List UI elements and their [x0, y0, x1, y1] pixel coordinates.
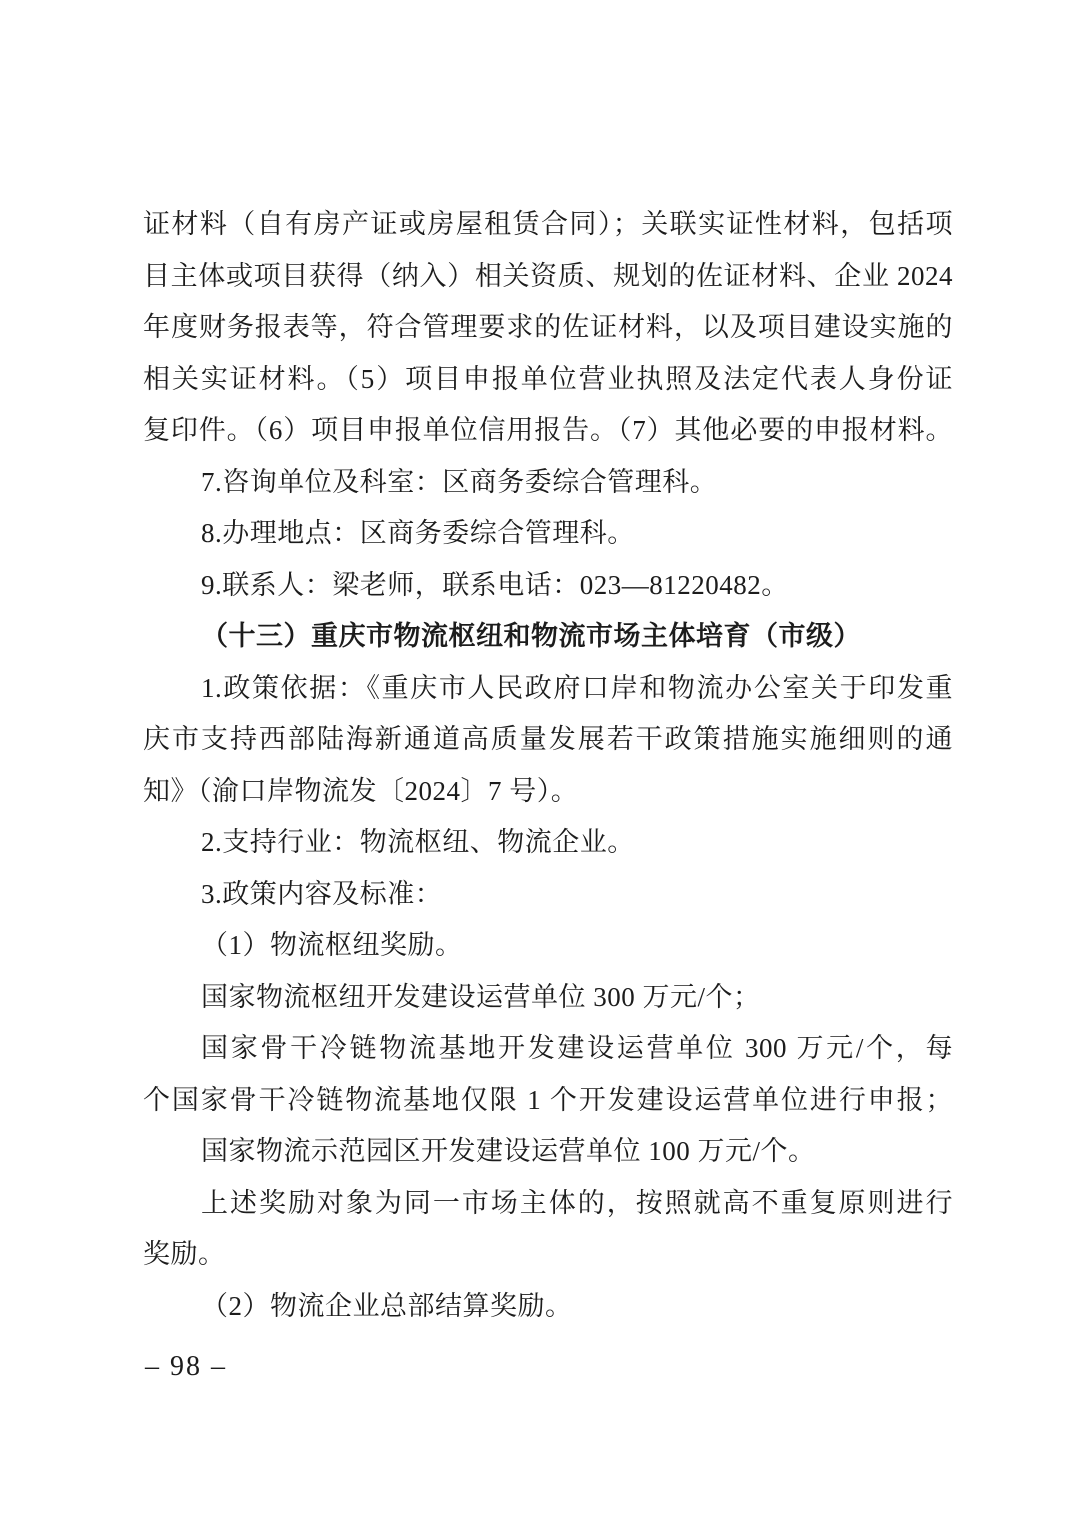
text-line: 奖励。 [143, 1229, 953, 1281]
text-line: 知》（渝口岸物流发〔2024〕7 号）。 [143, 766, 953, 818]
text-line: 9.联系人：梁老师，联系电话：023—81220482。 [143, 560, 953, 612]
text-line: 国家骨干冷链物流基地开发建设运营单位 300 万元/个，每 [143, 1023, 953, 1075]
text-line: 年度财务报表等，符合管理要求的佐证材料，以及项目建设实施的 [143, 302, 953, 354]
text-line: 相关实证材料。（5）项目申报单位营业执照及法定代表人身份证 [143, 354, 953, 406]
paragraph-item-7-consult-unit: 7.咨询单位及科室：区商务委综合管理科。 [143, 457, 953, 509]
paragraph-continuation-application-materials: 证材料（自有房产证或房屋租赁合同）；关联实证性材料，包括项目主体或项目获得（纳入… [143, 199, 953, 457]
paragraph-item-8-handling-location: 8.办理地点：区商务委综合管理科。 [143, 508, 953, 560]
paragraph-note-no-duplicate-reward: 上述奖励对象为同一市场主体的，按照就高不重复原则进行奖励。 [143, 1178, 953, 1281]
text-line: 上述奖励对象为同一市场主体的，按照就高不重复原则进行 [143, 1178, 953, 1230]
text-line: 证材料（自有房产证或房屋租赁合同）；关联实证性材料，包括项 [143, 199, 953, 251]
section-heading: （十三）重庆市物流枢纽和物流市场主体培育（市级） [143, 611, 953, 663]
text-line: 8.办理地点：区商务委综合管理科。 [143, 508, 953, 560]
paragraph-item-9-contact: 9.联系人：梁老师，联系电话：023—81220482。 [143, 560, 953, 612]
paragraph-reward-demonstration-park: 国家物流示范园区开发建设运营单位 100 万元/个。 [143, 1126, 953, 1178]
text-line: 复印件。（6）项目申报单位信用报告。（7）其他必要的申报材料。 [143, 405, 953, 457]
text-line: 3.政策内容及标准： [143, 869, 953, 921]
text-line: 7.咨询单位及科室：区商务委综合管理科。 [143, 457, 953, 509]
text-line: （2）物流企业总部结算奖励。 [143, 1281, 953, 1333]
paragraph-sub-1-logistics-hub-reward: （1）物流枢纽奖励。 [143, 920, 953, 972]
page-number: – 98 – [145, 1349, 227, 1385]
paragraph-item-3-policy-content: 3.政策内容及标准： [143, 869, 953, 921]
paragraph-sub-2-hq-settlement-reward: （2）物流企业总部结算奖励。 [143, 1281, 953, 1333]
text-line: （十三）重庆市物流枢纽和物流市场主体培育（市级） [143, 611, 953, 663]
text-line: 个国家骨干冷链物流基地仅限 1 个开发建设运营单位进行申报； [143, 1075, 953, 1127]
paragraph-item-1-policy-basis: 1.政策依据：《重庆市人民政府口岸和物流办公室关于印发重庆市支持西部陆海新通道高… [143, 663, 953, 818]
paragraph-item-2-supported-industries: 2.支持行业：物流枢纽、物流企业。 [143, 817, 953, 869]
paragraph-reward-national-logistics-hub: 国家物流枢纽开发建设运营单位 300 万元/个； [143, 972, 953, 1024]
text-line: 目主体或项目获得（纳入）相关资质、规划的佐证材料、企业 2024 [143, 251, 953, 303]
text-line: 1.政策依据：《重庆市人民政府口岸和物流办公室关于印发重 [143, 663, 953, 715]
text-line: 国家物流枢纽开发建设运营单位 300 万元/个； [143, 972, 953, 1024]
document-page: 证材料（自有房产证或房屋租赁合同）；关联实证性材料，包括项目主体或项目获得（纳入… [0, 0, 1074, 1520]
text-line: 国家物流示范园区开发建设运营单位 100 万元/个。 [143, 1126, 953, 1178]
paragraph-reward-cold-chain-base: 国家骨干冷链物流基地开发建设运营单位 300 万元/个，每个国家骨干冷链物流基地… [143, 1023, 953, 1126]
text-line: 庆市支持西部陆海新通道高质量发展若干政策措施实施细则的通 [143, 714, 953, 766]
text-line: （1）物流枢纽奖励。 [143, 920, 953, 972]
text-line: 2.支持行业：物流枢纽、物流企业。 [143, 817, 953, 869]
document-body: 证材料（自有房产证或房屋租赁合同）；关联实证性材料，包括项目主体或项目获得（纳入… [143, 199, 953, 1332]
